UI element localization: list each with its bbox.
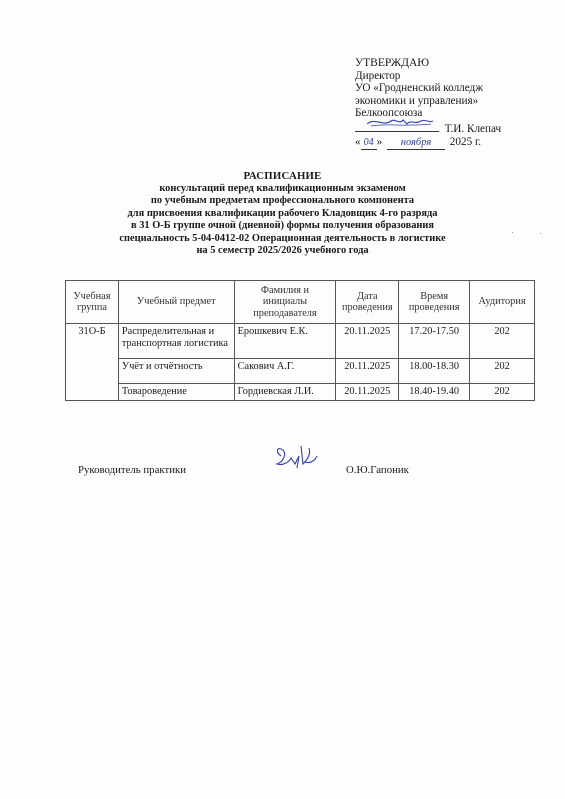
subject-cell: Учёт и отчётность [118,359,234,384]
approval-line: экономики и управления» [355,95,501,108]
table-row: Товароведение Гордиевская Л.И. 20.11.202… [66,384,535,401]
footer-name: О.Ю.Гапоник [346,464,409,476]
document-heading: РАСПИСАНИЕ консультаций перед квалификац… [0,170,565,258]
footer-role: Руководитель практики [78,464,186,476]
heading-line: специальность 5-04-0412-02 Операционная … [0,233,565,246]
table-row: Учёт и отчётность Сакович А.Г. 20.11.202… [66,359,535,384]
heading-line: консультаций перед квалификационным экза… [0,183,565,196]
approval-line: УО «Гродненский колледж [355,82,501,95]
teacher-cell: Сакович А.Г. [234,359,336,384]
header-group: Учебная группа [66,281,119,324]
time-cell: 18.40-19.40 [399,384,470,401]
approval-date: «04» ноября 2025 г. [355,136,501,151]
room-cell: 202 [470,384,535,401]
teacher-cell: Ерошкевич Е.К. [234,324,336,359]
practice-head-signature-icon [273,442,323,474]
document-title: РАСПИСАНИЕ [0,170,565,183]
heading-line: для присвоения квалификации рабочего Кла… [0,208,565,221]
table-header-row: Учебная группа Учебный предмет Фамилия и… [66,281,535,324]
header-subject: Учебный предмет [118,281,234,324]
date-cell: 20.11.2025 [336,384,399,401]
date-year: 2025 г. [450,136,481,148]
approval-line: Директор [355,70,501,83]
signatory-name: Т.И. Клепач [445,123,501,135]
table-row: 31О-Б Распределительная и транспортная л… [66,324,535,359]
time-cell: 18.00-18.30 [399,359,470,384]
approval-title: УТВЕРЖДАЮ [355,57,501,70]
date-quote: » [377,136,383,148]
header-date: Дата проведения [336,281,399,324]
date-cell: 20.11.2025 [336,359,399,384]
heading-line: на 5 семестр 2025/2026 учебного года [0,245,565,258]
subject-cell: Товароведение [118,384,234,401]
heading-line: по учебным предметам профессионального к… [0,195,565,208]
date-cell: 20.11.2025 [336,324,399,359]
subject-cell: Распределительная и транспортная логисти… [118,324,234,359]
group-cell: 31О-Б [66,324,119,401]
schedule-table: Учебная группа Учебный предмет Фамилия и… [65,280,535,401]
director-signature-icon [365,115,435,129]
scan-speck [540,233,541,234]
signature-line [355,120,439,132]
approval-block: УТВЕРЖДАЮ Директор УО «Гродненский колле… [355,57,501,150]
header-teacher: Фамилия и инициалы преподавателя [234,281,336,324]
room-cell: 202 [470,359,535,384]
room-cell: 202 [470,324,535,359]
time-cell: 17.20-17.50 [399,324,470,359]
teacher-cell: Гордиевская Л.И. [234,384,336,401]
header-room: Аудитория [470,281,535,324]
date-month: ноября [387,137,445,151]
scan-speck [512,232,513,233]
header-time: Время проведения [399,281,470,324]
signatory-line: Т.И. Клепач [355,120,501,136]
heading-line: в 31 О-Б группе очной (дневной) формы по… [0,220,565,233]
date-day: 04 [361,137,377,151]
